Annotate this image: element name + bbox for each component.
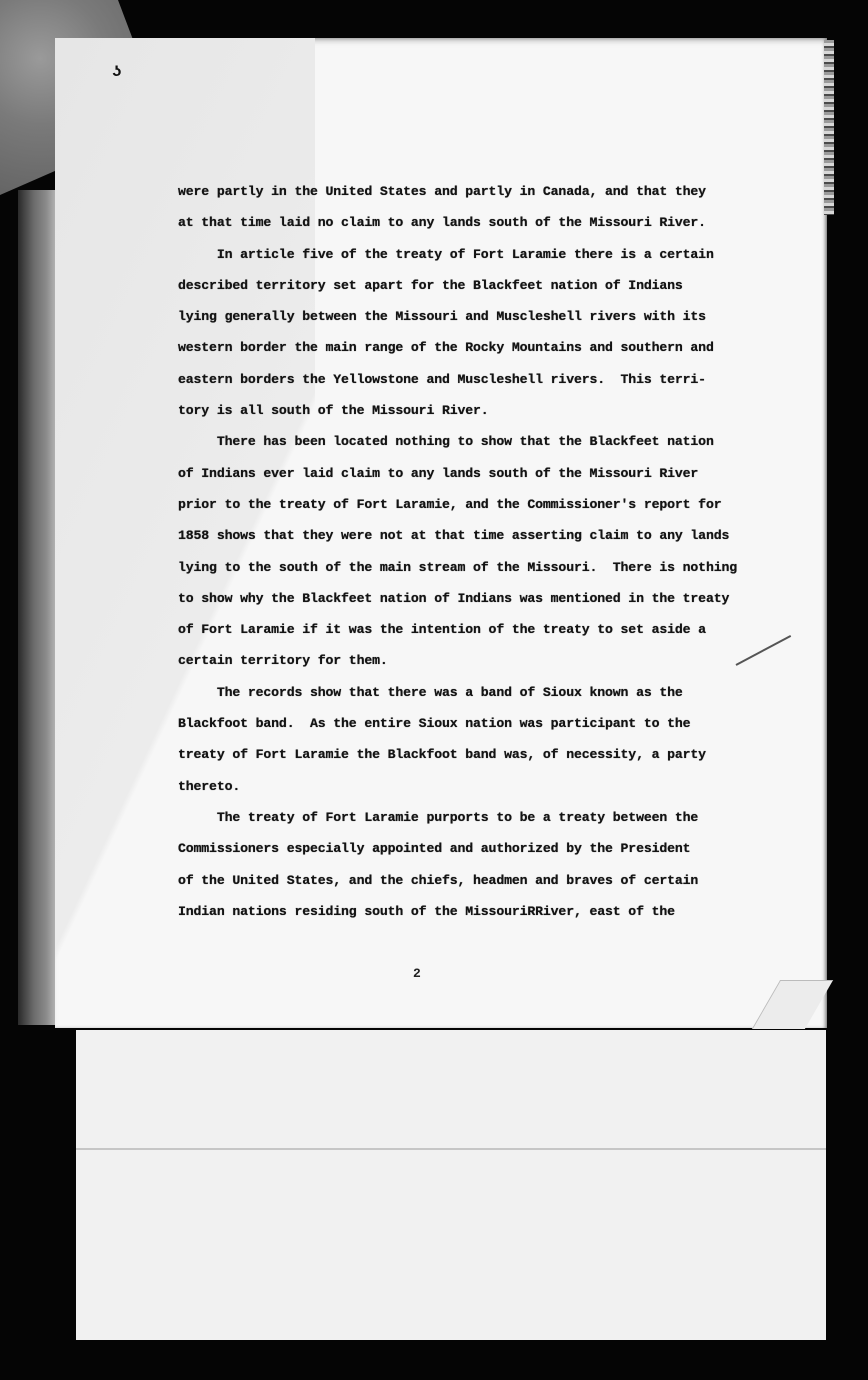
text-line: treaty of Fort Laramie the Blackfoot ban…: [178, 739, 778, 770]
text-line: Commissioners especially appointed and a…: [178, 833, 778, 864]
document-body: were partly in the United States and par…: [178, 176, 778, 927]
text-line: prior to the treaty of Fort Laramie, and…: [178, 489, 778, 520]
text-line: eastern borders the Yellowstone and Musc…: [178, 364, 778, 395]
text-line: of the United States, and the chiefs, he…: [178, 865, 778, 896]
text-line: of Fort Laramie if it was the intention …: [178, 614, 778, 645]
text-line: lying generally between the Missouri and…: [178, 301, 778, 332]
text-line: thereto.: [178, 771, 778, 802]
text-line: to show why the Blackfeet nation of Indi…: [178, 583, 778, 614]
text-line: lying to the south of the main stream of…: [178, 552, 778, 583]
text-line: certain territory for them.: [178, 645, 778, 676]
text-line: Indian nations residing south of the Mis…: [178, 896, 778, 927]
text-line: The treaty of Fort Laramie purports to b…: [178, 802, 778, 833]
page-stack-edge: [824, 40, 834, 215]
text-line: western border the main range of the Roc…: [178, 332, 778, 363]
staple-mark: ʖ: [112, 64, 126, 80]
text-line: Blackfoot band. As the entire Sioux nati…: [178, 708, 778, 739]
text-line: The records show that there was a band o…: [178, 677, 778, 708]
text-line: described territory set apart for the Bl…: [178, 270, 778, 301]
text-line: 1858 shows that they were not at that ti…: [178, 520, 778, 551]
underlying-sheet-edge: [18, 190, 58, 1025]
text-line: were partly in the United States and par…: [178, 176, 778, 207]
lower-blank-sheet: [76, 1030, 826, 1340]
text-line: tory is all south of the Missouri River.: [178, 395, 778, 426]
text-line: In article five of the treaty of Fort La…: [178, 239, 778, 270]
text-line: of Indians ever laid claim to any lands …: [178, 458, 778, 489]
text-line: There has been located nothing to show t…: [178, 426, 778, 457]
text-line: at that time laid no claim to any lands …: [178, 207, 778, 238]
sheet-fold-line: [76, 1148, 826, 1150]
page-number: 2: [413, 966, 421, 981]
